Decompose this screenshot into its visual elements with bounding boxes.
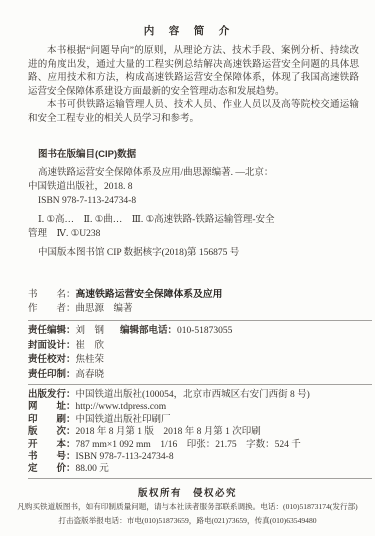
publishing-block: 出版发行：中国铁道出版社(100054，北京市西城区右安门西街 8 号) 网 址… [0,389,375,476]
piracy-hotline-note: 打击盗版举报电话：市电(010)51873659，路电(021)73659，传真… [6,515,369,528]
proofreader-value: 焦桂荣 [76,355,105,365]
printer-value: 中国铁道出版社印刷厂 [76,415,171,425]
divider-top [28,320,372,321]
print-supervisor-value: 高春晓 [76,370,105,380]
author-value: 曲思源 编著 [76,304,133,314]
print-supervisor-label: 责任印制： [28,369,76,380]
printer-label: 印 刷： [28,414,76,425]
proofreader-row: 责任校对：焦桂荣 [28,353,359,368]
responsible-editor-row: 责任编辑：刘 钢 编辑部电话：010-51873055 [28,324,359,339]
copyright-notice: 版权所有 侵权必究 [0,485,375,499]
editorial-phone-label: 编辑部电话： [120,325,177,336]
intro-paragraph-1: 本书根据“问题导向”的原则，从理论方法、技术手段、案例分析、持续改进的角度出发，… [0,45,375,99]
intro-section: 内 容 简 介 本书根据“问题导向”的原则，从理论方法、技术手段、案例分析、持续… [0,0,375,126]
responsible-editor-value: 刘 钢 [76,326,105,336]
staff-block: 责任编辑：刘 钢 编辑部电话：010-51873055 封面设计：崔 欣 责任校… [0,324,375,382]
cip-class-line-1: Ⅰ. ①高… Ⅱ. ①曲… Ⅲ. ①高速铁路-铁路运输管理-安全 [28,213,359,227]
editorial-phone: 编辑部电话：010-51873055 [120,324,232,339]
cip-heading: 图书在版编目(CIP)数据 [28,148,359,162]
cip-registry-line: 中国版本图书馆 CIP 数据核字(2018)第 156875 号 [28,246,359,260]
edition-value: 2018 年 8 月第 1 版 2018 年 8 月第 1 次印刷 [76,427,261,437]
price-row: 定 价：88.00 元 [28,463,359,475]
website-value: http://www.tdpress.com [76,402,167,412]
book-title-value: 高速铁路运营安全保障体系及应用 [76,289,223,300]
edition-label: 版 次： [28,426,76,437]
website-row: 网 址：http://www.tdpress.com [28,401,359,413]
printer-row: 印 刷：中国铁道出版社印刷厂 [28,414,359,426]
cover-design-row: 封面设计：崔 欣 [28,339,359,354]
format-value: 787 mm×1 092 mm 1/16 印张：21.75 字数：524 千 [76,440,301,450]
book-title-label: 书 名： [28,290,76,300]
format-row: 开 本：787 mm×1 092 mm 1/16 印张：21.75 字数：524… [28,439,359,451]
cip-section: 图书在版编目(CIP)数据 高速铁路运营安全保障体系及应用/曲思源编著. —北京… [0,148,375,260]
cover-design-label: 封面设计： [28,340,76,351]
cip-class-line-2: 管理 Ⅳ. ①U238 [28,227,359,241]
cover-design-value: 崔 欣 [76,341,105,351]
editorial-phone-value: 010-51873055 [177,326,232,336]
cip-entry-line-2: 中国铁道出版社，2018. 8 [28,180,359,194]
copyright-page: 内 容 简 介 本书根据“问题导向”的原则，从理论方法、技术手段、案例分析、持续… [0,0,375,536]
intro-paragraph-2: 本书可供铁路运输管理人员、技术人员、作业人员以及高等院校交通运输和安全工程专业的… [0,99,375,126]
edition-row: 版 次：2018 年 8 月第 1 版 2018 年 8 月第 1 次印刷 [28,426,359,438]
author-label: 作 者： [28,304,76,314]
isbn-row: 书 号：ISBN 978-7-113-24734-8 [28,451,359,463]
cip-entry-line-1: 高速铁路运营安全保障体系及应用/曲思源编著. —北京： [28,166,359,180]
website-label: 网 址： [28,401,76,412]
service-note: 凡购买铁道版图书，如有印制质量问题，请与本社读者服务部联系调换。电话：(010)… [6,501,369,514]
format-label: 开 本： [28,439,76,450]
author-row: 作 者：曲思源 编著 [28,302,359,316]
divider-middle [28,384,372,385]
isbn-value: ISBN 978-7-113-24734-8 [76,452,174,462]
proofreader-label: 责任校对： [28,354,76,365]
publisher-label: 出版发行： [28,389,76,400]
book-title-row: 书 名：高速铁路运营安全保障体系及应用 [28,288,359,302]
print-supervisor-row: 责任印制：高春晓 [28,368,359,383]
price-value: 88.00 元 [76,464,109,474]
publisher-row: 出版发行：中国铁道出版社(100054，北京市西城区右安门西街 8 号) [28,389,359,401]
price-label: 定 价： [28,463,76,474]
isbn-label: 书 号： [28,451,76,462]
intro-title: 内 容 简 介 [0,0,375,38]
publisher-value: 中国铁道出版社(100054，北京市西城区右安门西街 8 号) [76,390,310,400]
responsible-editor-label: 责任编辑： [28,325,76,336]
title-author-block: 书 名：高速铁路运营安全保障体系及应用 作 者：曲思源 编著 [0,288,375,316]
cip-isbn-line: ISBN 978-7-113-24734-8 [28,194,359,208]
divider-bottom [28,478,372,479]
